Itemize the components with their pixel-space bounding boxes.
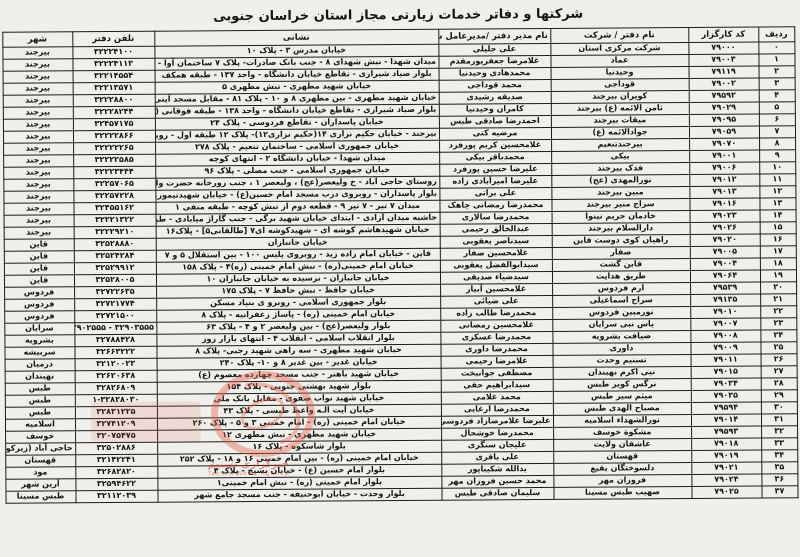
cell-city: بیرجند [3, 191, 73, 203]
cell-manager: محمدرضا عسکری [440, 331, 552, 344]
cell-idx: ۲۹ [761, 390, 797, 402]
cell-city: سرایان [4, 323, 74, 335]
cell-office: فروزان مهر [553, 474, 691, 487]
cell-idx: ۲۴ [760, 330, 796, 342]
cell-manager: سیدناصر یعقوبی [440, 235, 552, 248]
cell-idx: ۲۰ [760, 282, 796, 294]
cell-office: داوری [552, 342, 690, 355]
cell-idx: ۳ [759, 78, 795, 90]
cell-code: ۷۹۰۳۴ [691, 378, 761, 390]
cell-phone: ۳۲۸۳۱۲۲۵ [75, 406, 157, 419]
cell-phone: ۳۲۶۸۲۸۲۰ [75, 466, 157, 479]
cell-city: بیرجند [4, 215, 74, 227]
cell-city: بیرجند [4, 227, 74, 239]
cell-city: بیرجند [3, 71, 73, 83]
cell-manager: صدیقه رشیدی [439, 91, 551, 104]
cell-code: ۷۹۰۱۴ [691, 414, 761, 426]
cell-manager: علیرضا حسین پورفرد [439, 163, 551, 176]
cell-phone: ۳۲۵۲۸۸۸۰ [74, 238, 156, 251]
cell-idx: ۲۸ [761, 378, 797, 390]
cell-city: قاین [4, 263, 74, 275]
cell-manager: محمدرضا طالب زاده [440, 307, 552, 320]
cell-office: ضیافت بشرویه [552, 330, 690, 343]
cell-manager: مصطفی جوانبخت [441, 367, 553, 380]
cell-idx: ۳۲ [761, 426, 797, 438]
cell-idx: ۸ [759, 138, 795, 150]
cell-manager: علیجان سنگری [441, 439, 553, 452]
header-office: نام دفتر / شرکت [550, 27, 688, 43]
cell-idx: ۲۱ [760, 294, 796, 306]
cell-manager: غلامرضا رحیمی [441, 355, 553, 368]
cell-office: نورالشهداء اسلامیه [553, 414, 691, 427]
cell-phone: ۳۲۴۵۷۱۷۵ [73, 118, 155, 131]
header-idx: ردیف [758, 27, 794, 42]
cell-office: سراج اسماعیلی [552, 294, 690, 307]
cell-city: بیرجند [2, 47, 72, 59]
cell-phone: ۳۲۲۲۲۵۸۵ [73, 154, 155, 167]
cell-city: بیرجند [3, 143, 73, 155]
cell-idx: ۱۴ [760, 210, 796, 222]
cell-code: ۷۹۰۱۱ [691, 354, 761, 366]
cell-code: ۷۹۱۱۹ [689, 66, 759, 78]
cell-city: فردوس [4, 299, 74, 311]
cell-office: خادمان حریم نینوا [552, 210, 690, 223]
cell-idx: ۵ [759, 102, 795, 114]
cell-city: بیرجند [3, 131, 73, 143]
cell-code: ۷۹۰۰۸ [690, 330, 760, 342]
cell-idx: ۶ [759, 114, 795, 126]
cell-phone: ۳۲۲۱۴۵۵۴ [73, 70, 155, 83]
cell-phone: ۳۲۲۲۸۲۴۴ [73, 106, 155, 119]
cell-code: ۷۹۰۰۲ [689, 78, 759, 90]
cell-office: قوداجی [551, 78, 689, 91]
cell-manager: غلامحسین صفار [440, 247, 552, 260]
cell-phone: ۳۲۴۵۵۱۶۲ [73, 202, 155, 215]
cell-idx: ۳۱ [761, 414, 797, 426]
cell-city: حاجی آباد (زیرکوه) [5, 443, 75, 455]
cell-city: بیرجند [2, 59, 72, 71]
cell-city: طبس [5, 395, 75, 407]
cell-code: ۷۹۰۱۵ [691, 366, 761, 378]
cell-office: ثامن الائمه (ع) بیرجند [551, 102, 689, 115]
cell-office: میقات بیرجند [551, 114, 689, 127]
cell-manager: غلامحسین کریم پورفرد [439, 139, 551, 152]
cell-office: ارم فردوس [552, 282, 690, 295]
cell-phone: ۳۲۹۰۳۵۵۵ - ۳۲۹۰۲۵۵۵ [74, 322, 156, 335]
cell-idx: ۲۵ [760, 342, 796, 354]
cell-code: ۷۹۰۷۰ [689, 138, 759, 150]
cell-office: صفار [552, 246, 690, 259]
cell-manager: علی براتی [439, 187, 551, 200]
cell-code: ۷۹۰۲۹ [689, 102, 759, 114]
cell-idx: ۱۵ [760, 222, 796, 234]
cell-idx: ۱۶ [760, 234, 796, 246]
cell-code: ۷۹۵۹۴ [691, 402, 761, 414]
header-phone: تلفن دفتر [72, 31, 154, 47]
cell-city: قاین [4, 251, 74, 263]
cell-manager: محمدرضا داوری [440, 343, 552, 356]
cell-city: بیرجند [3, 203, 73, 215]
cell-city: قاین [4, 275, 74, 287]
cell-city: بیرجند [3, 95, 73, 107]
table-body: ۰۷۹۰۰۰شرکت مرکزی استانعلی جلیلیخیابان مد… [2, 42, 797, 504]
cell-city: بیرجند [3, 83, 73, 95]
cell-phone: ۳۲۲۲۲۲۶۵ [73, 142, 155, 155]
cell-office: مصباح الهدی طبس [553, 402, 691, 415]
cell-phone: ۳۲۵۹۴۶۲۲ [75, 478, 157, 491]
cell-code: ۷۹۰۰۶ [689, 162, 759, 174]
cell-office: فدک بیرجند [551, 162, 689, 175]
cell-manager: سیدضیاء صدیقی [440, 271, 552, 284]
cell-address: بلوار وحدت - خیابان ابوحنیفه - جنب مسجد … [157, 488, 441, 502]
cell-phone: ۳۲۷۲۱۵۰۰ [74, 310, 156, 323]
cell-idx: ۲۷ [761, 366, 797, 378]
cell-manager: سلیمان صادقی طبس [441, 487, 553, 500]
cell-code: ۷۹۰۳۵ [691, 390, 761, 402]
cell-idx: ۲ [759, 66, 795, 78]
cell-code: ۷۹۰۹۵ [689, 114, 759, 126]
cell-phone: ۳۲۸۲۶۸۰۹ [75, 382, 157, 395]
cell-phone: ۳۲۵۲۸۰۰۵ [74, 274, 156, 287]
cell-code: ۷۹۰۲۱ [691, 462, 761, 474]
scanned-document: شرکتها و دفاتر خدمات زیارتی مجاز استان خ… [0, 0, 800, 557]
cell-city: طبس مسینا [5, 491, 75, 503]
cell-city: بشرویه [4, 335, 74, 347]
cell-manager: محمدرضا خوشحال [441, 427, 553, 440]
cell-idx: ۱۹ [760, 270, 796, 282]
cell-city: بیرجند [3, 119, 73, 131]
cell-office: میثم سیر طبس [553, 390, 691, 403]
cell-code: ۷۹۰۰۴ [690, 258, 760, 270]
header-city: شهر [2, 32, 72, 47]
cell-code: ۷۹۰۵۹ [689, 126, 759, 138]
cell-city: فردوس [4, 287, 74, 299]
cell-idx: ۹ [759, 150, 795, 162]
cell-office: سراج منیر بیرجند [551, 198, 689, 211]
cell-code: ۷۹۰۰۷ [690, 318, 760, 330]
cell-phone: ۳۲۱۴۲۲۴۱ [75, 454, 157, 467]
cell-manager: غلامحسین رمضانی [440, 319, 552, 332]
cell-code: ۷۹۰۰۳ [688, 54, 758, 66]
cell-phone: ۳۲۷۲۲۶۳۵ [74, 286, 156, 299]
cell-phone: ۳۲۲۲۹۲۱۰ [74, 226, 156, 239]
cell-city: نهبندان [5, 371, 75, 383]
cell-office: نورمبین فردوس [552, 306, 690, 319]
cell-code: ۷۹۵۹۲ [689, 90, 759, 102]
cell-idx: ۱ [758, 54, 794, 66]
cell-phone: ۳۲۷۴۱۲۰۹ [75, 418, 157, 431]
cell-city: بیرجند [3, 155, 73, 167]
cell-city: قهستان [5, 455, 75, 467]
cell-phone: ۳۲۲۲۴۱۱۳ [72, 58, 154, 71]
cell-phone: ۳۲۲۲۸۸۰۰ [73, 94, 155, 107]
cell-manager: احمدرضا صادقی طبس [439, 115, 551, 128]
cell-city: بیرجند [3, 107, 73, 119]
cell-manager: کامران وحیدنیا [439, 103, 551, 116]
agencies-table: ردیفکد کارگزارنام دفتر / شرکتنام مدیر دف… [2, 26, 798, 504]
cell-manager: علیرضا امیرآبادی زاده [439, 175, 551, 188]
cell-code: ۷۹۰۱۰ [690, 306, 760, 318]
cell-idx: ۰ [758, 42, 794, 54]
cell-idx: ۳۷ [761, 486, 797, 498]
cell-phone: ۳۲۱۲۰۰۲۳ [75, 358, 157, 371]
cell-code: ۷۹۰۰۹ [690, 342, 760, 354]
header-code: کد کارگزار [688, 27, 758, 42]
cell-office: قاین گشت [552, 258, 690, 271]
cell-office: قهستان [553, 450, 691, 463]
cell-office: مبین بیرجند [551, 186, 689, 199]
cell-idx: ۳۴ [761, 450, 797, 462]
cell-office: نبی اکرم نهبندان [553, 366, 691, 379]
cell-city: بیرجند [3, 167, 73, 179]
cell-manager: سیدابراهیم حقی [441, 379, 553, 392]
cell-phone: ۳۲۵۰۲۸۸۶ [75, 442, 157, 455]
cell-idx: ۳۳ [761, 438, 797, 450]
cell-code: ۷۹۰۱۶ [689, 198, 759, 210]
cell-code: ۷۹۰۰۵ [690, 246, 760, 258]
cell-idx: ۱۳ [759, 198, 795, 210]
cell-code: ۷۹۰۲۶ [690, 222, 760, 234]
cell-office: نرگس کویر طبس [553, 378, 691, 391]
cell-code: ۷۹۰۲۳ [690, 210, 760, 222]
cell-idx: ۳۰ [761, 402, 797, 414]
cell-phone: ۳۲۷۲۱۷۷۴ [74, 298, 156, 311]
cell-phone: ۳۲۵۲۹۹۱۲ [74, 262, 156, 275]
cell-office: مشکوة خوسف [553, 426, 691, 439]
cell-phone: ۳۲۷۸۸۴۲۸ [74, 334, 156, 347]
cell-idx: ۷ [759, 126, 795, 138]
cell-city: اسلامیه [5, 419, 75, 431]
cell-idx: ۱۲ [759, 186, 795, 198]
cell-phone: ۳۲۲۲۳۴۴۴ [73, 166, 155, 179]
cell-phone: ۳۲۲۲۱۳۲۲ [74, 214, 156, 227]
cell-office: بیرجندتنعیم [551, 138, 689, 151]
cell-code: ۷۹۰۰۱ [689, 150, 759, 162]
cell-office: عماد [550, 54, 688, 67]
cell-office: تسنیم وحدت [553, 354, 691, 367]
cell-code: ۷۹۱۳۵ [690, 294, 760, 306]
cell-office: نورالمهدی (عج) [551, 174, 689, 187]
cell-idx: ۱۰ [759, 162, 795, 174]
cell-city: فردوس [4, 311, 74, 323]
cell-phone: ۳۲۰۷۵۴۷۵ [75, 430, 157, 443]
cell-manager: علی باقری [441, 451, 553, 464]
cell-code: ۷۹۵۳۹ [690, 282, 760, 294]
cell-idx: ۲۲ [760, 306, 796, 318]
cell-city: درمیان [5, 359, 75, 371]
cell-idx: ۲۶ [761, 354, 797, 366]
cell-manager: عبدالخالق رحیمی [440, 223, 552, 236]
cell-manager: علی جلیلی [438, 43, 550, 56]
cell-office: شرکت مرکزی استان [550, 42, 688, 55]
cell-code: ۷۹۰۱۸ [691, 438, 761, 450]
cell-city: طبس [5, 383, 75, 395]
cell-city: مود [5, 467, 75, 479]
cell-phone: ۱-۳۲۸۲۸۰۳۰ [75, 394, 157, 407]
cell-manager: محمد قوداجی [439, 79, 551, 92]
cell-manager: مرضیه کتی [439, 127, 551, 140]
cell-phone: ۳۲۶۲۰۶۳۸ [75, 370, 157, 383]
cell-code: ۷۹۰۱۳ [689, 186, 759, 198]
cell-office: دلسوختگان بقیع [553, 462, 691, 475]
header-manager: نام مدیر دفتر /مدیرعامل شرکت [438, 28, 550, 44]
cell-idx: ۳۵ [761, 462, 797, 474]
cell-city: سربیشه [4, 347, 74, 359]
cell-code: ۷۹۰۱۹ [691, 450, 761, 462]
cell-city: بیرجند [3, 179, 73, 191]
cell-phone: ۳۲۲۲۴۱۰۰ [72, 46, 154, 59]
cell-office: راهیان کوی دوست قاین [552, 234, 690, 247]
cell-code: ۷۹۰۶۴ [690, 270, 760, 282]
cell-manager: محمدرضا ارغایی [441, 403, 553, 416]
cell-idx: ۲۳ [760, 318, 796, 330]
cell-manager: محمدرضا سالاری [440, 211, 552, 224]
cell-manager: سیدابوالفضل یعقوبی [440, 259, 552, 272]
cell-manager: غلامرضا جعفرپورمقدم [438, 55, 550, 68]
cell-phone: ۳۲۲۵۷۲۲۸ [73, 190, 155, 203]
cell-manager: محمد حسین فروزان مهر [441, 475, 553, 488]
cell-manager: محمدهادی وحیدنیا [439, 67, 551, 80]
cell-idx: ۴ [759, 90, 795, 102]
cell-idx: ۱۸ [760, 258, 796, 270]
cell-city: آرین شهر [5, 479, 75, 491]
cell-phone: ۳۲۶۶۳۲۲۲ [74, 346, 156, 359]
cell-code: ۷۹۰۲۴ [691, 474, 761, 486]
cell-office: عاشقان ولایت [553, 438, 691, 451]
cell-office: طریق هدایت [552, 270, 690, 283]
cell-city: قاین [4, 239, 74, 251]
cell-phone: ۳۲۲۱۳۵۷۱ [73, 82, 155, 95]
cell-office: بیکی [551, 150, 689, 163]
cell-office: کویران بیرجند [551, 90, 689, 103]
cell-code: ۷۹۰۲۵ [691, 486, 761, 498]
cell-manager: محمدرضا رمضانی چاهک [439, 199, 551, 212]
cell-office: جوادالائمه (ع) [551, 126, 689, 139]
cell-idx: ۳۶ [761, 474, 797, 486]
cell-office: وحیدنیا [551, 66, 689, 79]
cell-manager: یدالله شکیباپور [441, 463, 553, 476]
cell-phone: ۳۲۱۱۲۰۳۹ [75, 490, 157, 503]
cell-code: ۷۹۰۲۰ [690, 234, 760, 246]
cell-manager: محمدباقر بیکی [439, 151, 551, 164]
cell-city: خوسف [5, 431, 75, 443]
cell-manager: غلامحسین آبیار [440, 283, 552, 296]
cell-idx: ۱۷ [760, 246, 796, 258]
cell-city: طبس [5, 407, 75, 419]
cell-idx: ۱۱ [759, 174, 795, 186]
cell-phone: ۳۲۵۲۴۲۸۴ [74, 250, 156, 263]
cell-manager: علیرضا غلامرضازاد فردوسی [441, 415, 553, 428]
cell-code: ۷۹۰۰۰ [688, 42, 758, 54]
cell-phone: ۳۲۲۲۲۸۶۶ [73, 130, 155, 143]
cell-phone: ۳۲۲۵۷۰۶۵ [73, 178, 155, 191]
cell-office: دارالسلام بیرجند [552, 222, 690, 235]
cell-code: ۷۹۰۱۲ [689, 174, 759, 186]
cell-manager: محمد غلامی [441, 391, 553, 404]
cell-code: ۷۹۵۹۳ [691, 426, 761, 438]
cell-office: یاس نبی سرایان [552, 318, 690, 331]
cell-manager: علی ضیائی [440, 295, 552, 308]
cell-office: صهیب طبس مسینا [553, 486, 691, 499]
